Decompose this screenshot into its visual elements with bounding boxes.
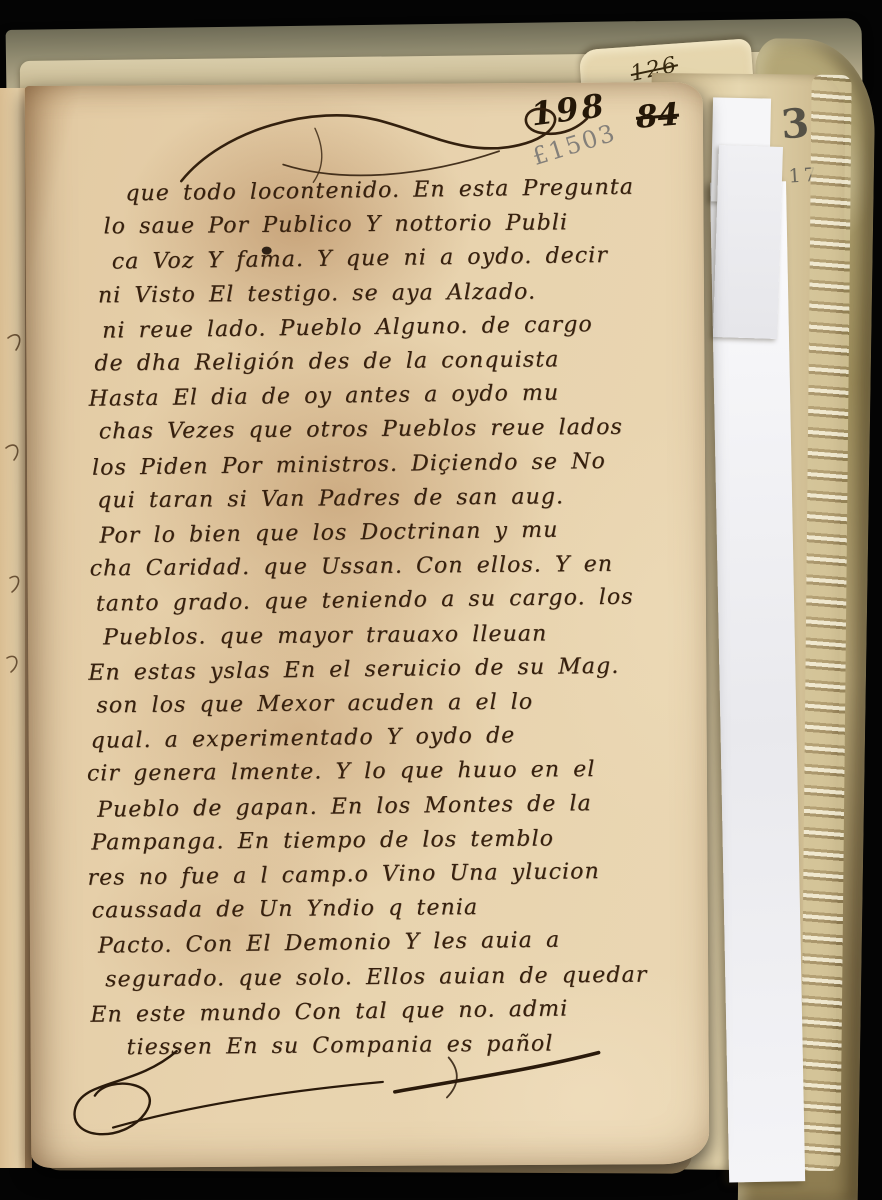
stray-ink-marks bbox=[2, 328, 28, 748]
manuscript-text-block: que todo locontenido. En esta Pregunta l… bbox=[81, 172, 682, 1065]
pencil-number-large: 3 bbox=[779, 100, 810, 149]
folio-number-crossed-out: 84 bbox=[634, 97, 680, 136]
pencil-number-small: 17 bbox=[788, 164, 819, 188]
manuscript-line: Pacto. Con El Demonio Y les auia a bbox=[98, 923, 682, 965]
white-bookmark-middle bbox=[713, 145, 783, 339]
manuscript-page: 198 84 £1503 que todo locontenido. En es… bbox=[25, 82, 710, 1168]
manuscript-line: chas Vezes que otros Pueblos reue lados bbox=[99, 411, 679, 450]
manuscript-line: tanto grado. que teniendo a su cargo. lo… bbox=[96, 580, 680, 622]
manuscript-line: ca Voz Y fama. Y que ni a oydo. decir bbox=[112, 239, 678, 281]
calligraphic-bottom-flourish bbox=[46, 1026, 627, 1180]
photo-background: 126 3 17 198 84 £1503 bbox=[0, 0, 882, 1200]
